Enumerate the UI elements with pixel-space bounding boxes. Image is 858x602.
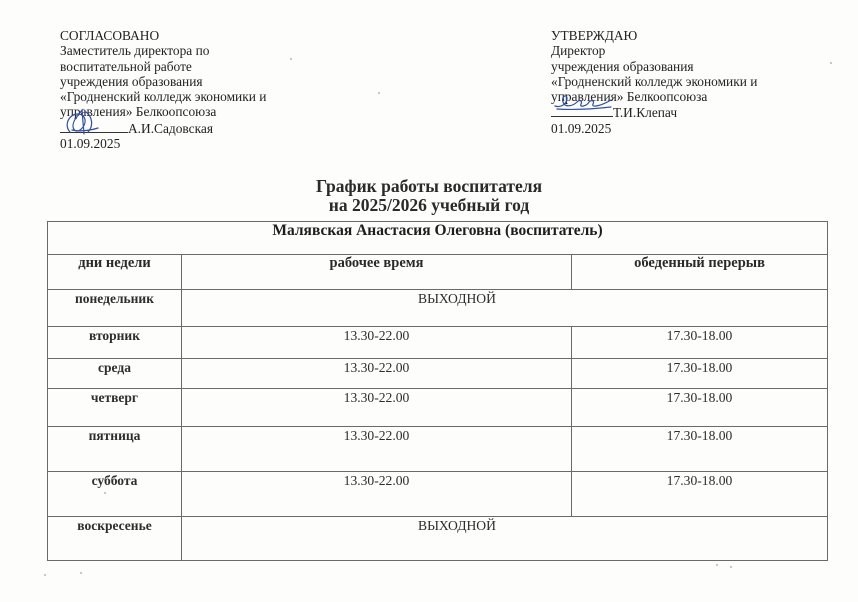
approval-heading: УТВЕРЖДАЮ [551,28,757,43]
signature-field [551,104,613,117]
table-row: понедельник ВЫХОДНОЙ [48,290,828,327]
signatory-name: Т.И.Клепач [613,105,677,120]
work-time-cell: 13.30-22.00 [182,389,572,427]
approval-line: учреждения образования [60,74,266,89]
day-cell: среда [48,359,182,389]
lunch-break-cell: 17.30-18.00 [572,427,828,472]
table-row: среда 13.30-22.00 17.30-18.00 [48,359,828,389]
scan-speck [44,574,46,576]
approval-line: «Гродненский колледж экономики и [551,74,757,89]
scan-speck [716,564,718,566]
lunch-break-cell: 17.30-18.00 [572,389,828,427]
table-header-row: дни недели рабочее время обеденный перер… [48,255,828,290]
signature-field [60,120,128,133]
table-row: пятница 13.30-22.00 17.30-18.00 [48,427,828,472]
employee-row: Малявская Анастасия Олеговна (воспитател… [48,222,828,255]
work-time-cell: 13.30-22.00 [182,427,572,472]
employee-name: Малявская Анастасия Олеговна (воспитател… [48,222,828,255]
schedule-table: Малявская Анастасия Олеговна (воспитател… [47,221,828,561]
table-row: суббота 13.30-22.00 17.30-18.00 [48,472,828,517]
day-cell: вторник [48,327,182,359]
day-off-cell: ВЫХОДНОЙ [182,290,828,327]
column-header-work-time: рабочее время [182,255,572,290]
handwritten-signature-icon [62,108,102,138]
approval-block-approved: УТВЕРЖДАЮ Директор учреждения образовани… [551,28,757,136]
column-header-days: дни недели [48,255,182,290]
day-cell: суббота [48,472,182,517]
scan-speck [290,58,292,60]
day-cell: воскресенье [48,517,182,561]
approval-line: Заместитель директора по [60,43,266,58]
work-time-cell: 13.30-22.00 [182,327,572,359]
work-time-cell: 13.30-22.00 [182,472,572,517]
column-header-lunch-break: обеденный перерыв [572,255,828,290]
scan-speck [830,62,832,64]
table-row: четверг 13.30-22.00 17.30-18.00 [48,389,828,427]
scan-speck [378,92,380,94]
approval-line: учреждения образования [551,59,757,74]
approval-line: воспитательной работе [60,59,266,74]
document-title: График работы воспитателя [0,177,858,196]
work-time-cell: 13.30-22.00 [182,359,572,389]
approval-block-agreed: СОГЛАСОВАНО Заместитель директора по вос… [60,28,266,151]
approval-heading: СОГЛАСОВАНО [60,28,266,43]
lunch-break-cell: 17.30-18.00 [572,359,828,389]
lunch-break-cell: 17.30-18.00 [572,327,828,359]
scan-speck [730,566,732,568]
scanned-document-page: СОГЛАСОВАНО Заместитель директора по вос… [0,0,858,602]
lunch-break-cell: 17.30-18.00 [572,472,828,517]
approval-date: 01.09.2025 [551,121,757,136]
table-row: вторник 13.30-22.00 17.30-18.00 [48,327,828,359]
day-cell: четверг [48,389,182,427]
table-row: воскресенье ВЫХОДНОЙ [48,517,828,561]
day-off-cell: ВЫХОДНОЙ [182,517,828,561]
handwritten-signature-icon [553,92,613,112]
signature-line: А.И.Садовская [60,120,266,136]
day-cell: понедельник [48,290,182,327]
document-subtitle: на 2025/2026 учебный год [0,196,858,215]
approval-line: Директор [551,43,757,58]
day-cell: пятница [48,427,182,472]
scan-speck [80,572,82,574]
signatory-name: А.И.Садовская [128,121,213,136]
approval-line: «Гродненский колледж экономики и [60,89,266,104]
signature-line: Т.И.Клепач [551,104,757,120]
scan-speck [104,492,106,494]
approval-date: 01.09.2025 [60,136,266,151]
